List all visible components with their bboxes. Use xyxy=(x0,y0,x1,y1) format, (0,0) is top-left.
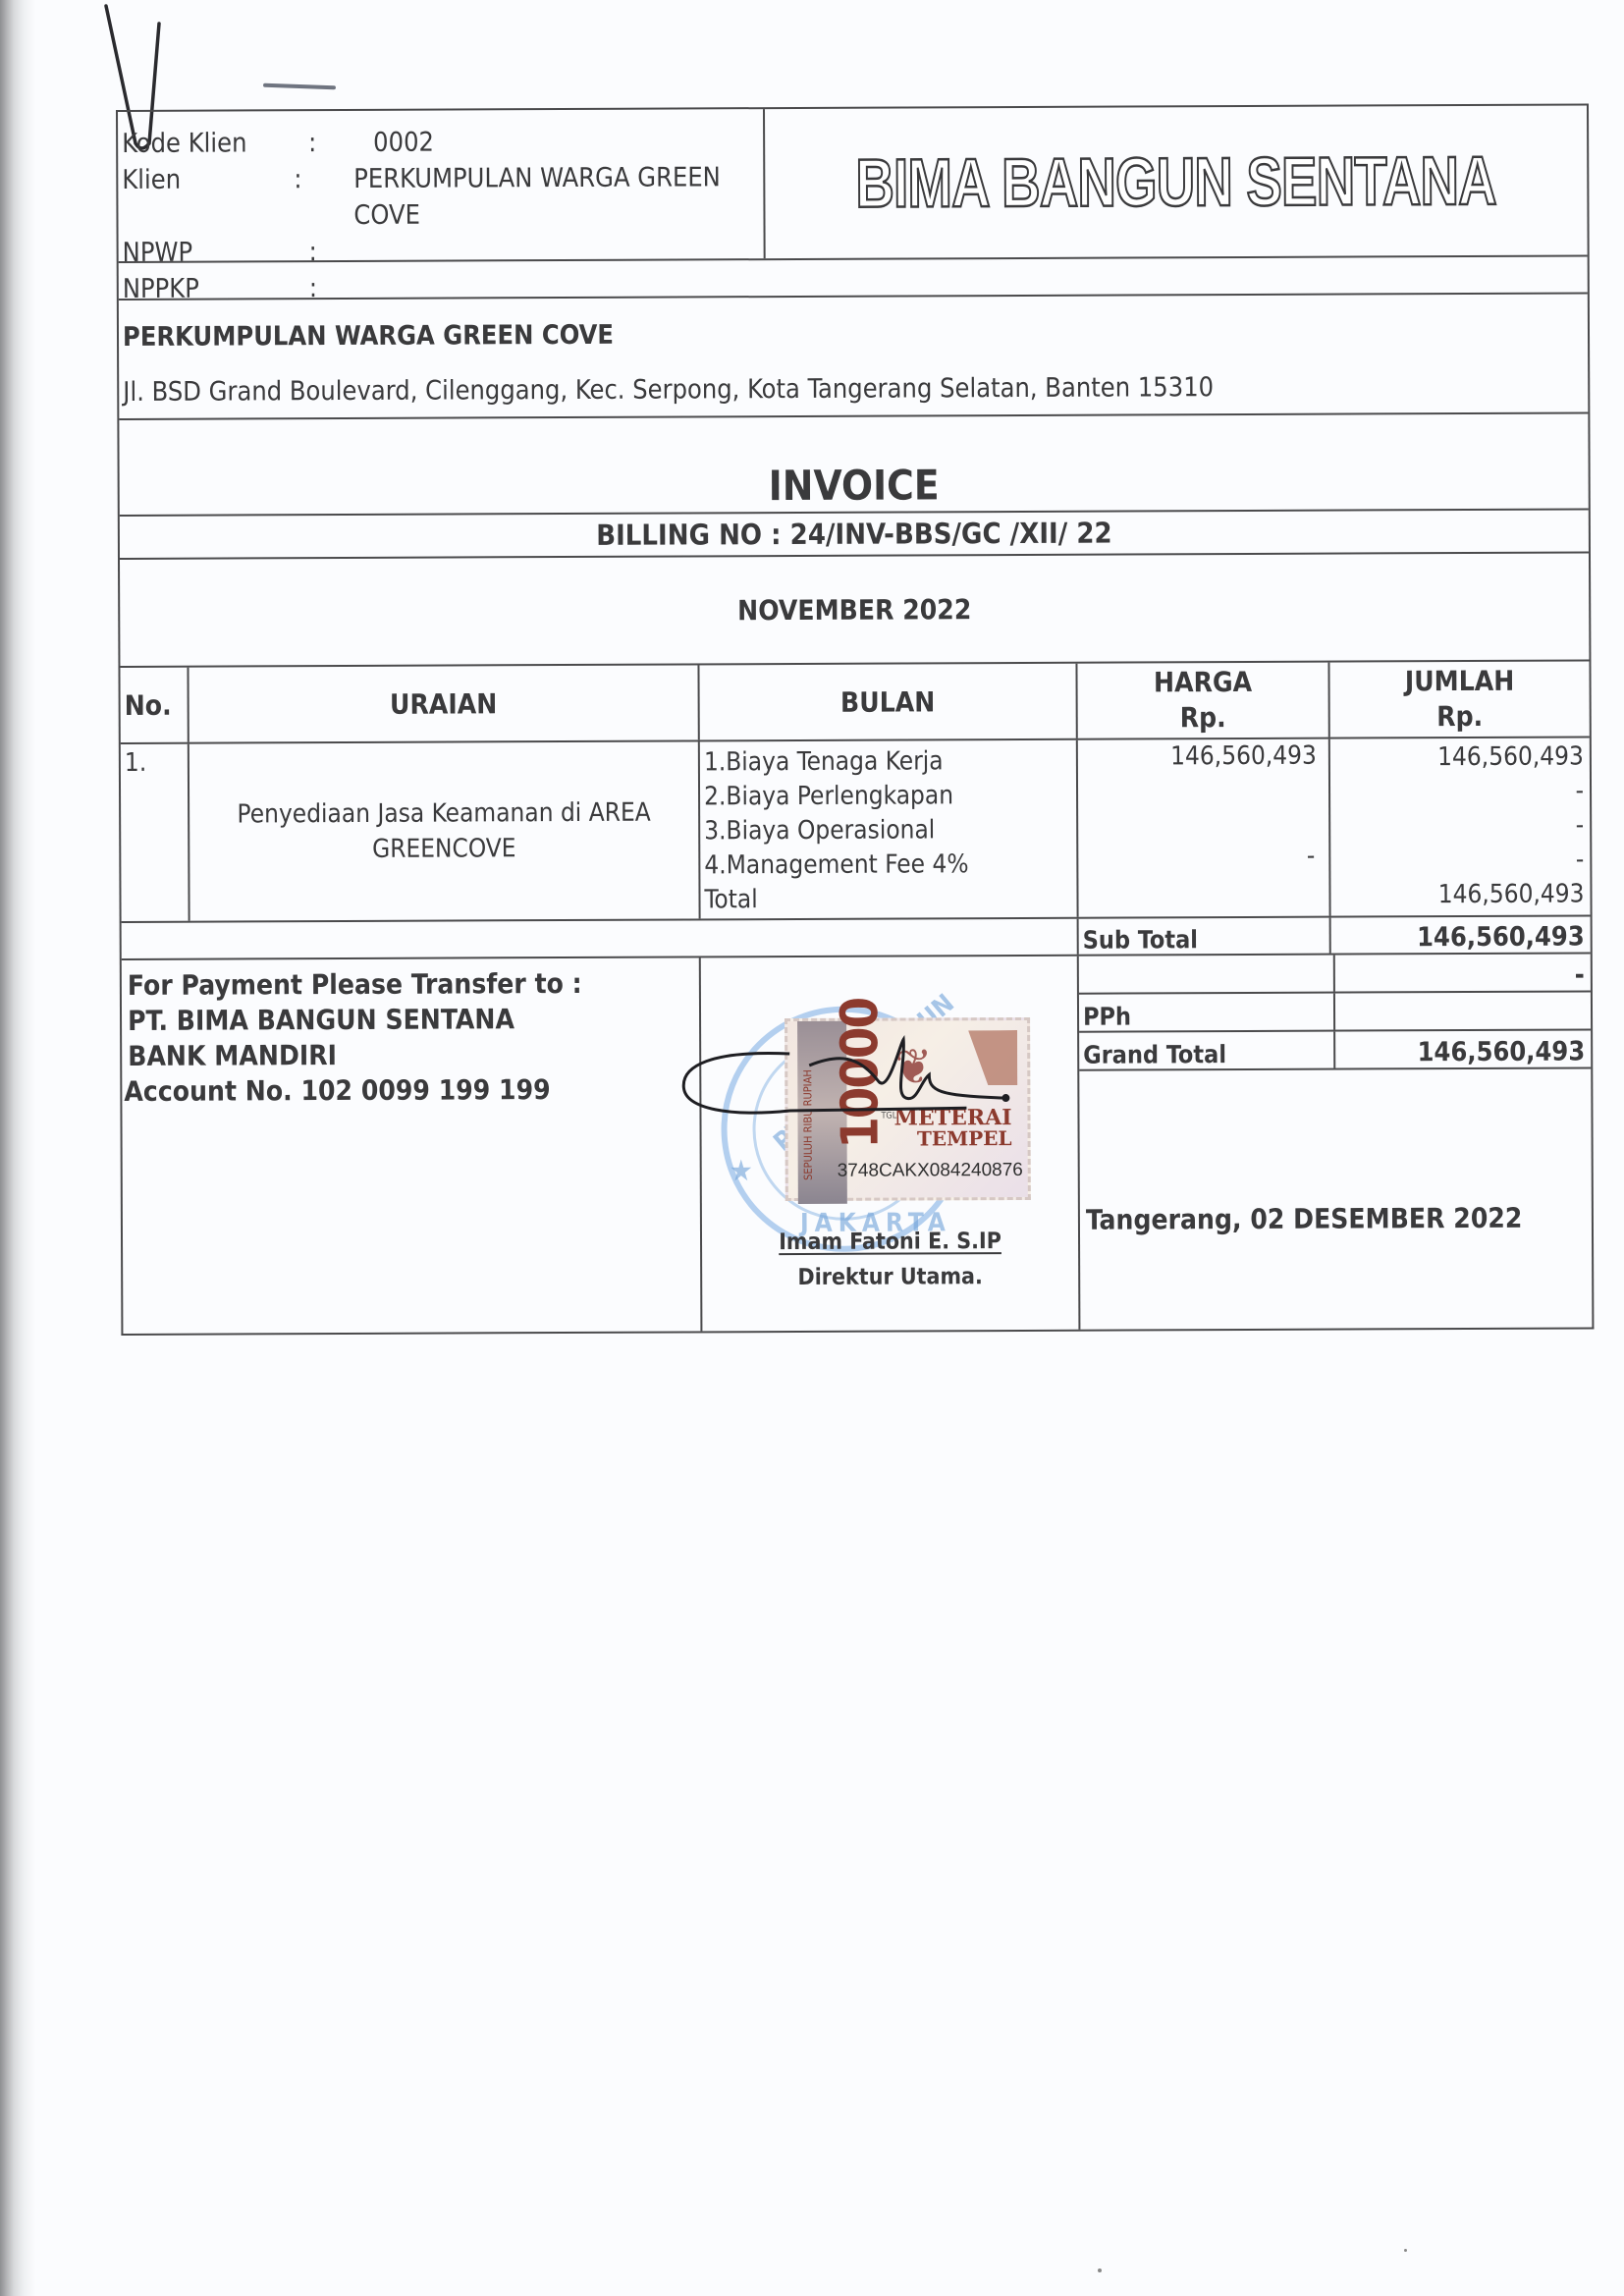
row-description: Penyediaan Jasa Keamanan di AREA GREENCO… xyxy=(189,741,701,920)
column-header-bulan: BULAN xyxy=(699,664,1077,740)
field-separator: : xyxy=(308,125,373,161)
field-label: Kode Klien xyxy=(122,125,308,162)
field-label: Klien xyxy=(122,161,294,235)
place-date: Tangerang, 02 DESEMBER 2022 xyxy=(1086,1202,1523,1236)
payment-account: Account No. 102 0099 199 199 xyxy=(124,1071,699,1110)
line-item-label: 1.Biaya Tenaga Kerja xyxy=(704,744,1076,781)
totals-stack: - PPh Grand Total 146,560,493 xyxy=(1079,954,1592,1070)
field-separator: : xyxy=(294,161,353,234)
table-header-row: No. URAIAN BULAN HARGARp. JUMLAHRp. xyxy=(120,661,1589,744)
place-date-block: Tangerang, 02 DESEMBER 2022 xyxy=(1079,1068,1592,1329)
bottom-section: For Payment Please Transfer to : PT. BIM… xyxy=(120,954,1595,1336)
recipient-address: Jl. BSD Grand Boulevard, Cilenggang, Kec… xyxy=(123,360,1214,420)
blank-label xyxy=(1079,956,1335,993)
client-field: Kode Klien : 0002 xyxy=(122,123,760,162)
scan-speck xyxy=(1404,2249,1407,2252)
harga-dash: - xyxy=(1307,842,1316,871)
row-number: 1. xyxy=(121,744,190,921)
company-logo: BIMA BANGUN SENTANA xyxy=(765,105,1587,258)
column-header-jumlah: JUMLAHRp. xyxy=(1329,661,1589,737)
header-jumlah-label: JUMLAH xyxy=(1405,664,1515,699)
pph-value xyxy=(1335,992,1591,1029)
jumlah-value: - xyxy=(1330,774,1584,809)
blank-row: - xyxy=(1079,954,1591,994)
row-items: 1.Biaya Tenaga Kerja 2.Biaya Perlengkapa… xyxy=(700,740,1079,919)
table-row: 1. Penyediaan Jasa Keamanan di AREA GREE… xyxy=(121,738,1591,923)
totals-column: - PPh Grand Total 146,560,493 Tangerang,… xyxy=(1079,954,1593,1329)
field-label: NPWP xyxy=(123,234,309,271)
title-block: INVOICE xyxy=(119,413,1588,515)
pph-label: PPh xyxy=(1079,994,1335,1031)
meterai-serial: 3748CAKX084240876 xyxy=(838,1160,1023,1182)
signature-scribble xyxy=(672,1025,1026,1145)
grand-total-row: Grand Total 146,560,493 xyxy=(1079,1030,1591,1070)
recipient-block: PERKUMPULAN WARGA GREEN COVE Jl. BSD Gra… xyxy=(119,296,1218,418)
invoice-document: Kode Klien : 0002 Klien : PERKUMPULAN WA… xyxy=(116,103,1594,1336)
signer-name: Imam Fatoni E. S.IP xyxy=(702,1224,1078,1261)
payment-instruction: For Payment Please Transfer to : xyxy=(128,965,699,1004)
scan-edge xyxy=(0,0,35,2296)
subtotal-value: 146,560,493 xyxy=(1331,916,1591,953)
payment-info: For Payment Please Transfer to : PT. BIM… xyxy=(122,957,703,1334)
header-harga-unit: Rp. xyxy=(1154,700,1252,736)
payment-bank: BANK MANDIRI xyxy=(128,1036,699,1074)
line-item-label: Total xyxy=(704,882,1076,918)
subtotal-label: Sub Total xyxy=(1079,918,1331,955)
scan-speck xyxy=(1098,2269,1102,2272)
client-info: Kode Klien : 0002 Klien : PERKUMPULAN WA… xyxy=(118,109,766,261)
blank-value: - xyxy=(1335,954,1591,991)
jumlah-value: - xyxy=(1330,843,1584,878)
header-row: Kode Klien : 0002 Klien : PERKUMPULAN WA… xyxy=(118,105,1588,263)
signer-title: Direktur Utama. xyxy=(702,1259,1078,1296)
subtotal-spacer xyxy=(122,919,1079,958)
star-icon: ★ xyxy=(730,1154,753,1188)
billing-row: BILLING NO : 24/INV-BBS/GC /XII/ 22 xyxy=(120,510,1589,560)
recipient-row: PERKUMPULAN WARGA GREEN COVE Jl. BSD Gra… xyxy=(119,294,1589,420)
harga-value: 146,560,493 xyxy=(1078,741,1317,772)
jumlah-value: 146,560,493 xyxy=(1330,739,1584,775)
client-field: Klien : PERKUMPULAN WARGA GREEN COVE xyxy=(122,159,760,235)
pph-row: PPh xyxy=(1079,992,1591,1032)
field-value-client-code: 0002 xyxy=(373,125,434,161)
billing-period: NOVEMBER 2022 xyxy=(737,593,971,627)
line-item-label: 3.Biaya Operasional xyxy=(704,813,1076,849)
grand-total-value: 146,560,493 xyxy=(1335,1030,1591,1067)
row-harga: 146,560,493 - xyxy=(1078,739,1331,917)
period-row: NOVEMBER 2022 xyxy=(120,553,1589,668)
column-header-no: No. xyxy=(120,668,189,742)
line-item-label: 4.Management Fee 4% xyxy=(704,847,1076,884)
billing-number: BILLING NO : 24/INV-BBS/GC /XII/ 22 xyxy=(596,517,1112,552)
line-item-label: 2.Biaya Perlengkapan xyxy=(704,779,1076,815)
pen-mark xyxy=(263,83,336,90)
invoice-title: INVOICE xyxy=(769,461,940,510)
company-logo-text: BIMA BANGUN SENTANA xyxy=(856,141,1497,223)
header-jumlah-unit: Rp. xyxy=(1405,699,1515,735)
row-jumlah: 146,560,493 - - - 146,560,493 xyxy=(1330,738,1591,915)
signer-info: Imam Fatoni E. S.IP Direktur Utama. xyxy=(702,1224,1078,1296)
payment-company: PT. BIMA BANGUN SENTANA xyxy=(128,1001,699,1039)
jumlah-total: 146,560,493 xyxy=(1330,877,1584,912)
client-field: NPWP : xyxy=(123,232,761,271)
grand-total-label: Grand Total xyxy=(1079,1032,1335,1069)
field-value-client: PERKUMPULAN WARGA GREEN COVE xyxy=(353,159,760,234)
header-harga-label: HARGA xyxy=(1154,665,1252,700)
column-header-harga: HARGARp. xyxy=(1077,663,1329,738)
signature-block: PT BIMA BANGUN SENTANA JAKARTA ★ SEPULUH… xyxy=(701,957,1081,1332)
jumlah-value: - xyxy=(1330,808,1584,844)
invoice-frame: Kode Klien : 0002 Klien : PERKUMPULAN WA… xyxy=(116,103,1593,960)
title-row: INVOICE xyxy=(119,413,1588,517)
subtotal-row: Sub Total 146,560,493 xyxy=(122,916,1591,960)
field-separator: : xyxy=(309,234,374,270)
column-header-uraian: URAIAN xyxy=(189,665,699,741)
recipient-name: PERKUMPULAN WARGA GREEN COVE xyxy=(123,305,1214,365)
